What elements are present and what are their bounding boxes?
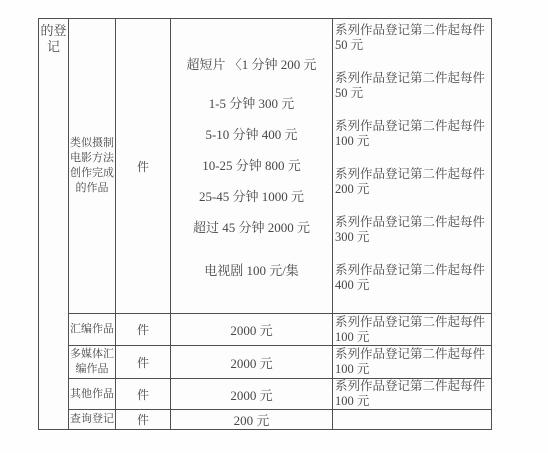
- series-note-amount: 100 元: [335, 134, 369, 148]
- fee-amount: 2000 元: [230, 320, 272, 339]
- series-note: 系列作品登记第二件起每件 100 元: [335, 119, 490, 149]
- series-note: 系列作品登记第二件起每件 200 元: [335, 167, 490, 197]
- unit-cell: 件: [116, 314, 171, 345]
- table-row-multimedia-compilation-works: 多媒体汇编作品 件 2000 元 系列作品登记第二件起每件 100 元: [69, 345, 491, 378]
- category-cell: 类似摄制电影方法创作完成的作品: [69, 19, 116, 313]
- fee-line: 超过 45 分钟 2000 元: [171, 212, 332, 243]
- series-note-prefix: 系列作品登记第二件起每件: [335, 315, 485, 329]
- series-fee-cell: 系列作品登记第二件起每件 50 元 系列作品登记第二件起每件 50 元 系列作品…: [333, 19, 491, 313]
- series-note-amount: 200 元: [335, 182, 369, 196]
- series-note: 系列作品登记第二件起每件 100 元: [335, 347, 490, 377]
- series-note-amount: 100 元: [335, 362, 369, 376]
- table-main: 类似摄制电影方法创作完成的作品 件 超短片 〈1 分钟 200 元 1-5 分钟…: [69, 19, 491, 429]
- unit-cell: 件: [116, 379, 171, 409]
- series-note-prefix: 系列作品登记第二件起每件: [335, 71, 485, 85]
- unit-cell: 件: [116, 346, 171, 378]
- series-note-amount: 50 元: [335, 38, 363, 52]
- unit-cell: 件: [116, 410, 171, 429]
- unit-cell: 件: [116, 19, 171, 313]
- series-note: 系列作品登记第二件起每件 50 元: [335, 23, 490, 53]
- series-note-amount: 400 元: [335, 278, 369, 292]
- category-label: 多媒体汇编作品: [70, 347, 114, 377]
- fee-cell: 2000 元: [171, 379, 333, 409]
- series-note: 系列作品登记第二件起每件 100 元: [335, 379, 490, 409]
- series-note-prefix: 系列作品登记第二件起每件: [335, 263, 485, 277]
- rowspan-category-cell: 的登记: [39, 19, 69, 429]
- fee-line: 25-45 分钟 1000 元: [171, 181, 332, 212]
- fee-amount: 200 元: [234, 410, 270, 429]
- series-note: 系列作品登记第二件起每件 50 元: [335, 71, 490, 101]
- series-note-prefix: 系列作品登记第二件起每件: [335, 167, 485, 181]
- series-fee-cell-empty: [333, 410, 491, 429]
- series-note-amount: 100 元: [335, 330, 369, 344]
- category-cell: 其他作品: [69, 379, 116, 409]
- fee-line: 10-25 分钟 800 元: [171, 150, 332, 181]
- fee-cell: 2000 元: [171, 346, 333, 378]
- category-cell: 多媒体汇编作品: [69, 346, 116, 378]
- series-note-prefix: 系列作品登记第二件起每件: [335, 347, 485, 361]
- category-label: 查询登记: [70, 412, 114, 427]
- unit-label: 件: [137, 354, 149, 371]
- series-fee-cell: 系列作品登记第二件起每件 100 元: [333, 314, 491, 345]
- fee-line: 5-10 分钟 400 元: [171, 119, 332, 150]
- fee-line: 电视剧 100 元/集: [171, 255, 332, 286]
- series-note: 系列作品登记第二件起每件 100 元: [335, 315, 490, 345]
- category-cell: 汇编作品: [69, 314, 116, 345]
- fee-amount: 2000 元: [230, 353, 272, 372]
- series-note: 系列作品登记第二件起每件 400 元: [335, 263, 490, 293]
- unit-label: 件: [137, 321, 149, 338]
- rowspan-category-label: 的登记: [40, 23, 66, 54]
- category-label: 汇编作品: [70, 322, 114, 337]
- fee-amount: 2000 元: [230, 385, 272, 404]
- unit-label: 件: [137, 411, 149, 428]
- copyright-fee-table: 的登记 类似摄制电影方法创作完成的作品 件 超短片 〈1 分钟 200 元 1-…: [38, 18, 492, 430]
- series-note-amount: 100 元: [335, 394, 369, 408]
- category-label: 其他作品: [70, 387, 114, 402]
- unit-label: 件: [137, 158, 149, 175]
- category-label: 类似摄制电影方法创作完成的作品: [70, 136, 114, 196]
- fee-cell: 超短片 〈1 分钟 200 元 1-5 分钟 300 元 5-10 分钟 400…: [171, 19, 333, 313]
- table-row-other-works: 其他作品 件 2000 元 系列作品登记第二件起每件 100 元: [69, 378, 491, 409]
- category-cell: 查询登记: [69, 410, 116, 429]
- series-note-prefix: 系列作品登记第二件起每件: [335, 379, 485, 393]
- series-note-amount: 300 元: [335, 230, 369, 244]
- series-fee-cell: 系列作品登记第二件起每件 100 元: [333, 379, 491, 409]
- table-row-query-registration: 查询登记 件 200 元: [69, 409, 491, 429]
- fee-line: 超短片 〈1 分钟 200 元: [171, 49, 332, 80]
- table-row-compilation-works: 汇编作品 件 2000 元 系列作品登记第二件起每件 100 元: [69, 313, 491, 345]
- table-row-film-like-works: 类似摄制电影方法创作完成的作品 件 超短片 〈1 分钟 200 元 1-5 分钟…: [69, 19, 491, 313]
- series-note-prefix: 系列作品登记第二件起每件: [335, 23, 485, 37]
- series-note: 系列作品登记第二件起每件 300 元: [335, 215, 490, 245]
- fee-cell: 2000 元: [171, 314, 333, 345]
- unit-label: 件: [137, 386, 149, 403]
- fee-table-page: 的登记 类似摄制电影方法创作完成的作品 件 超短片 〈1 分钟 200 元 1-…: [0, 0, 548, 453]
- fee-line: 1-5 分钟 300 元: [171, 88, 332, 119]
- series-note-prefix: 系列作品登记第二件起每件: [335, 119, 485, 133]
- series-note-amount: 50 元: [335, 86, 363, 100]
- series-fee-cell: 系列作品登记第二件起每件 100 元: [333, 346, 491, 378]
- fee-cell: 200 元: [171, 410, 333, 429]
- series-note-prefix: 系列作品登记第二件起每件: [335, 215, 485, 229]
